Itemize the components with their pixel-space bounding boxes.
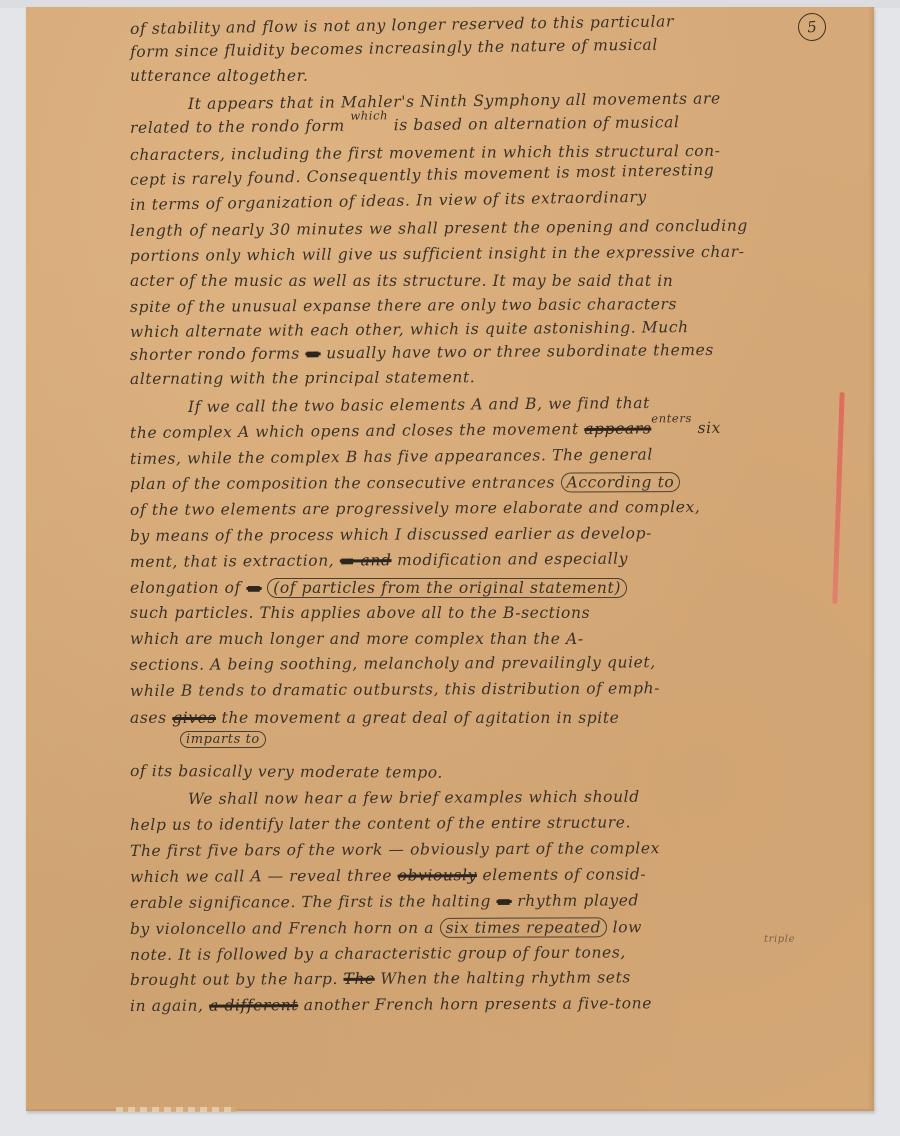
- manuscript-line: imparts to: [180, 732, 266, 747]
- manuscript-line: note. It is followed by a characteristic…: [130, 943, 626, 964]
- inserted-word: which: [350, 108, 388, 122]
- circled-insertion: (of particles from the original statemen…: [267, 578, 627, 598]
- manuscript-line: erable significance. The first is the ha…: [130, 891, 639, 912]
- paper-edge-shadow: [868, 7, 874, 1109]
- struck-word: The: [343, 970, 374, 988]
- manuscript-line: The first five bars of the work — obviou…: [130, 839, 660, 860]
- manuscript-line: in again, a different another French hor…: [130, 994, 652, 1015]
- manuscript-line: such particles. This applies above all t…: [130, 604, 590, 622]
- circled-insertion: According to: [561, 472, 681, 492]
- manuscript-line: spite of the unusual expanse there are o…: [130, 295, 677, 316]
- manuscript-line: by violoncello and French horn on a six …: [130, 918, 642, 938]
- paragraph-start-line: We shall now hear a few brief examples w…: [188, 788, 640, 808]
- struck-word: obviously: [398, 866, 477, 884]
- struck-word: ▬: [246, 579, 261, 597]
- manuscript-line: ases gives the movement a great deal of …: [130, 709, 619, 727]
- circled-insertion: six times repeated: [440, 917, 608, 938]
- struck-word: a different: [209, 996, 298, 1014]
- inserted-word: enters: [651, 411, 692, 425]
- manuscript-line: sections. A being soothing, melancholy a…: [130, 653, 656, 674]
- manuscript-line: acter of the music as well as its struct…: [130, 272, 673, 290]
- manuscript-line: of the two elements are progressively mo…: [130, 498, 700, 519]
- manuscript-line: elongation of ▬ (of particles from the o…: [130, 579, 627, 597]
- struck-word: ▬: [305, 344, 320, 362]
- manuscript-line: of its basically very moderate tempo.: [130, 762, 443, 782]
- manuscript-line: which we call A — reveal three obviously…: [130, 865, 646, 886]
- manuscript-line: help us to identify later the content of…: [130, 813, 631, 834]
- struck-word: appears: [584, 419, 651, 438]
- manuscript-line: brought out by the harp. The When the ha…: [130, 968, 631, 989]
- manuscript-line: alternating with the principal statement…: [130, 368, 475, 388]
- manuscript-line: while B tends to dramatic outbursts, thi…: [130, 679, 660, 700]
- margin-note: triple: [764, 934, 795, 945]
- struck-word: ▬ and: [340, 551, 392, 569]
- manuscript-line: which are much longer and more complex t…: [130, 630, 584, 648]
- manuscript-line: ment, that is extraction, ▬ and modifica…: [130, 550, 628, 571]
- struck-word: ▬: [496, 892, 511, 910]
- manuscript-line: by means of the process which I discusse…: [130, 524, 652, 545]
- torn-bottom-edge: [116, 1107, 236, 1112]
- manuscript-line: plan of the composition the consecutive …: [130, 473, 680, 493]
- circled-insertion: imparts to: [180, 731, 266, 748]
- struck-word: gives: [172, 709, 216, 727]
- manuscript-line: utterance altogether.: [130, 67, 309, 85]
